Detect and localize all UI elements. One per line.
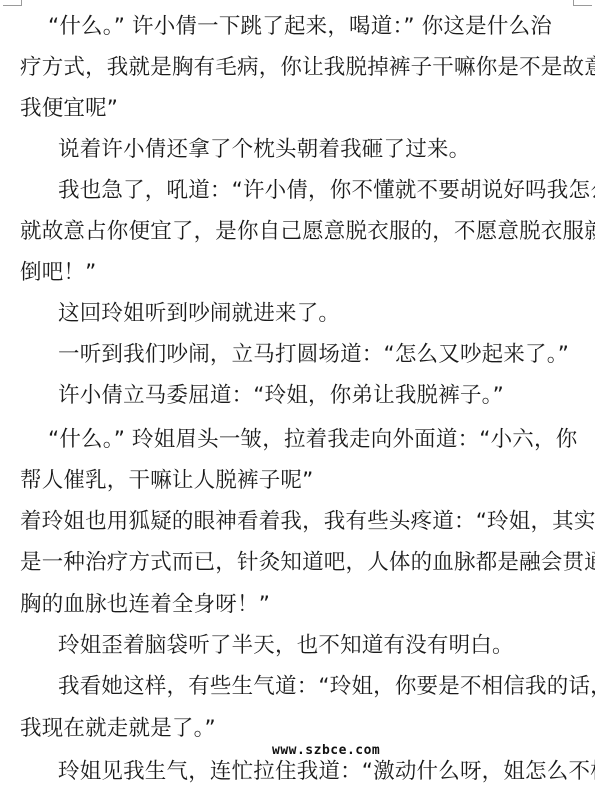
page-corner-mark-top-left xyxy=(3,0,22,6)
page-corner-mark-top-right xyxy=(573,0,592,6)
text-line: 疗方式，我就是胸有毛病，你让我脱掉裤子干嘛你是不是故意占 xyxy=(20,55,586,81)
watermark: www.szbce.com xyxy=(272,744,380,758)
text-line: 这回玲姐听到吵闹就进来了。 xyxy=(58,301,586,327)
text-line: 我现在就走就是了。” xyxy=(20,716,586,742)
text-line: 一听到我们吵闹，立马打圆场道：“怎么又吵起来了。” xyxy=(58,342,586,368)
text-line: 玲姐歪着脑袋听了半天，也不知道有没有明白。 xyxy=(58,633,586,659)
text-line: 就故意占你便宜了，是你自己愿意脱衣服的，不愿意脱衣服就拉 xyxy=(20,219,586,245)
text-line: 胸的血脉也连着全身呀！” xyxy=(20,592,586,618)
text-line: 玲姐见我生气，连忙拉住我道：“激动什么呀，姐怎么不相 xyxy=(58,759,586,785)
text-line: 我便宜呢” xyxy=(20,96,586,122)
text-line: 着玲姐也用狐疑的眼神看着我，我有些头疼道：“玲姐，其实这 xyxy=(20,509,586,535)
text-line: 帮人催乳，干嘛让人脱裤子呢” xyxy=(20,468,586,494)
text-line: “什么。” 玲姐眉头一皱，拉着我走向外面道：“小六，你 xyxy=(48,427,586,453)
text-line: 倒吧！” xyxy=(20,260,586,286)
text-line: 我看她这样，有些生气道：“玲姐，你要是不相信我的话， xyxy=(58,674,586,700)
text-line: 说着许小倩还拿了个枕头朝着我砸了过来。 xyxy=(58,137,586,163)
text-line: 许小倩立马委屈道：“玲姐，你弟让我脱裤子。” xyxy=(58,383,586,409)
text-line: “什么。” 许小倩一下跳了起来，喝道：” 你这是什么治 xyxy=(48,14,586,40)
text-line: 是一种治疗方式而已，针灸知道吧，人体的血脉都是融会贯通的， xyxy=(20,550,586,576)
text-line: 我也急了，吼道：“许小倩，你不懂就不要胡说好吗我怎么 xyxy=(58,178,586,204)
